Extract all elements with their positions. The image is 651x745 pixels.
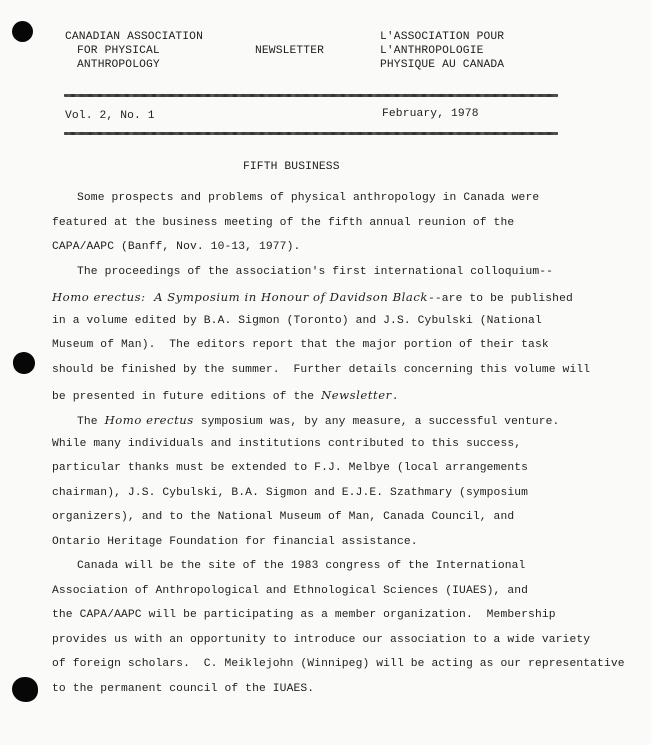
org-name-en-line3: ANTHROPOLOGY xyxy=(77,59,160,72)
text-line: Canada will be the site of the 1983 cong… xyxy=(77,560,525,572)
text-segment: in a volume edited by B.A. Sigmon (Toron… xyxy=(52,315,542,327)
text-line: Association of Anthropological and Ethno… xyxy=(52,585,528,597)
text-segment: be presented in future editions of the xyxy=(52,391,321,403)
text-segment: to the permanent council of the IUAES. xyxy=(52,683,314,695)
text-segment: Ontario Heritage Foundation for financia… xyxy=(52,536,418,548)
text-segment: Canada will be the site of the 1983 cong… xyxy=(77,560,525,572)
text-line: should be finished by the summer. Furthe… xyxy=(52,364,590,376)
text-line: The Homo erectus symposium was, by any m… xyxy=(77,413,559,428)
text-line: provides us with an opportunity to intro… xyxy=(52,634,590,646)
text-line: The proceedings of the association's fir… xyxy=(77,266,553,278)
masthead-title: NEWSLETTER xyxy=(255,45,324,58)
text-line: to the permanent council of the IUAES. xyxy=(52,683,314,695)
text-segment: --are to be published xyxy=(428,293,573,305)
text-segment: Some prospects and problems of physical … xyxy=(77,192,539,204)
text-segment: Association of Anthropological and Ethno… xyxy=(52,585,528,597)
horizontal-rule-bottom xyxy=(64,132,558,135)
text-line: Homo erectus: A Symposium in Honour of D… xyxy=(52,290,573,305)
text-line: Ontario Heritage Foundation for financia… xyxy=(52,536,418,548)
text-segment: symposium was, by any measure, a success… xyxy=(194,416,560,428)
text-line: Some prospects and problems of physical … xyxy=(77,192,539,204)
issue-date: February, 1978 xyxy=(382,108,479,121)
org-name-fr-line2: L'ANTHROPOLOGIE xyxy=(380,45,484,58)
script-text-segment: Newsletter xyxy=(321,388,392,402)
text-segment: of foreign scholars. C. Meiklejohn (Winn… xyxy=(52,658,625,670)
newsletter-page: CANADIAN ASSOCIATION FOR PHYSICAL ANTHRO… xyxy=(0,0,651,745)
text-line: organizers), and to the National Museum … xyxy=(52,511,514,523)
punch-hole xyxy=(12,351,37,376)
text-line: While many individuals and institutions … xyxy=(52,438,521,450)
volume-number: Vol. 2, No. 1 xyxy=(65,110,155,123)
org-name-fr-line3: PHYSIQUE AU CANADA xyxy=(380,59,504,72)
script-text-segment: Homo erectus xyxy=(105,413,194,427)
text-segment: should be finished by the summer. Furthe… xyxy=(52,364,590,376)
org-name-fr-line1: L'ASSOCIATION POUR xyxy=(380,31,504,44)
horizontal-rule-top xyxy=(64,94,558,97)
punch-hole xyxy=(12,677,38,702)
text-segment: The proceedings of the association's fir… xyxy=(77,266,553,278)
text-line: of foreign scholars. C. Meiklejohn (Winn… xyxy=(52,658,625,670)
script-text-segment: Homo erectus: A Symposium in Honour of D… xyxy=(52,290,428,304)
text-segment: . xyxy=(392,391,399,403)
text-segment: chairman), J.S. Cybulski, B.A. Sigmon an… xyxy=(52,487,528,499)
text-line: chairman), J.S. Cybulski, B.A. Sigmon an… xyxy=(52,487,528,499)
text-segment: organizers), and to the National Museum … xyxy=(52,511,514,523)
text-line: the CAPA/AAPC will be participating as a… xyxy=(52,609,556,621)
org-name-en-line1: CANADIAN ASSOCIATION xyxy=(65,31,203,44)
org-name-en-line2: FOR PHYSICAL xyxy=(77,45,160,58)
article-title: FIFTH BUSINESS xyxy=(243,161,340,173)
text-segment: While many individuals and institutions … xyxy=(52,438,521,450)
text-line: be presented in future editions of the N… xyxy=(52,388,399,403)
punch-hole xyxy=(12,21,33,42)
text-segment: The xyxy=(77,416,105,428)
text-line: particular thanks must be extended to F.… xyxy=(52,462,528,474)
text-line: in a volume edited by B.A. Sigmon (Toron… xyxy=(52,315,542,327)
text-segment: Museum of Man). The editors report that … xyxy=(52,339,549,351)
text-segment: particular thanks must be extended to F.… xyxy=(52,462,528,474)
text-segment: the CAPA/AAPC will be participating as a… xyxy=(52,609,556,621)
text-line: CAPA/AAPC (Banff, Nov. 10-13, 1977). xyxy=(52,241,300,253)
text-segment: CAPA/AAPC (Banff, Nov. 10-13, 1977). xyxy=(52,241,300,253)
text-segment: featured at the business meeting of the … xyxy=(52,217,514,229)
text-segment: provides us with an opportunity to intro… xyxy=(52,634,590,646)
text-line: featured at the business meeting of the … xyxy=(52,217,514,229)
text-line: Museum of Man). The editors report that … xyxy=(52,339,549,351)
